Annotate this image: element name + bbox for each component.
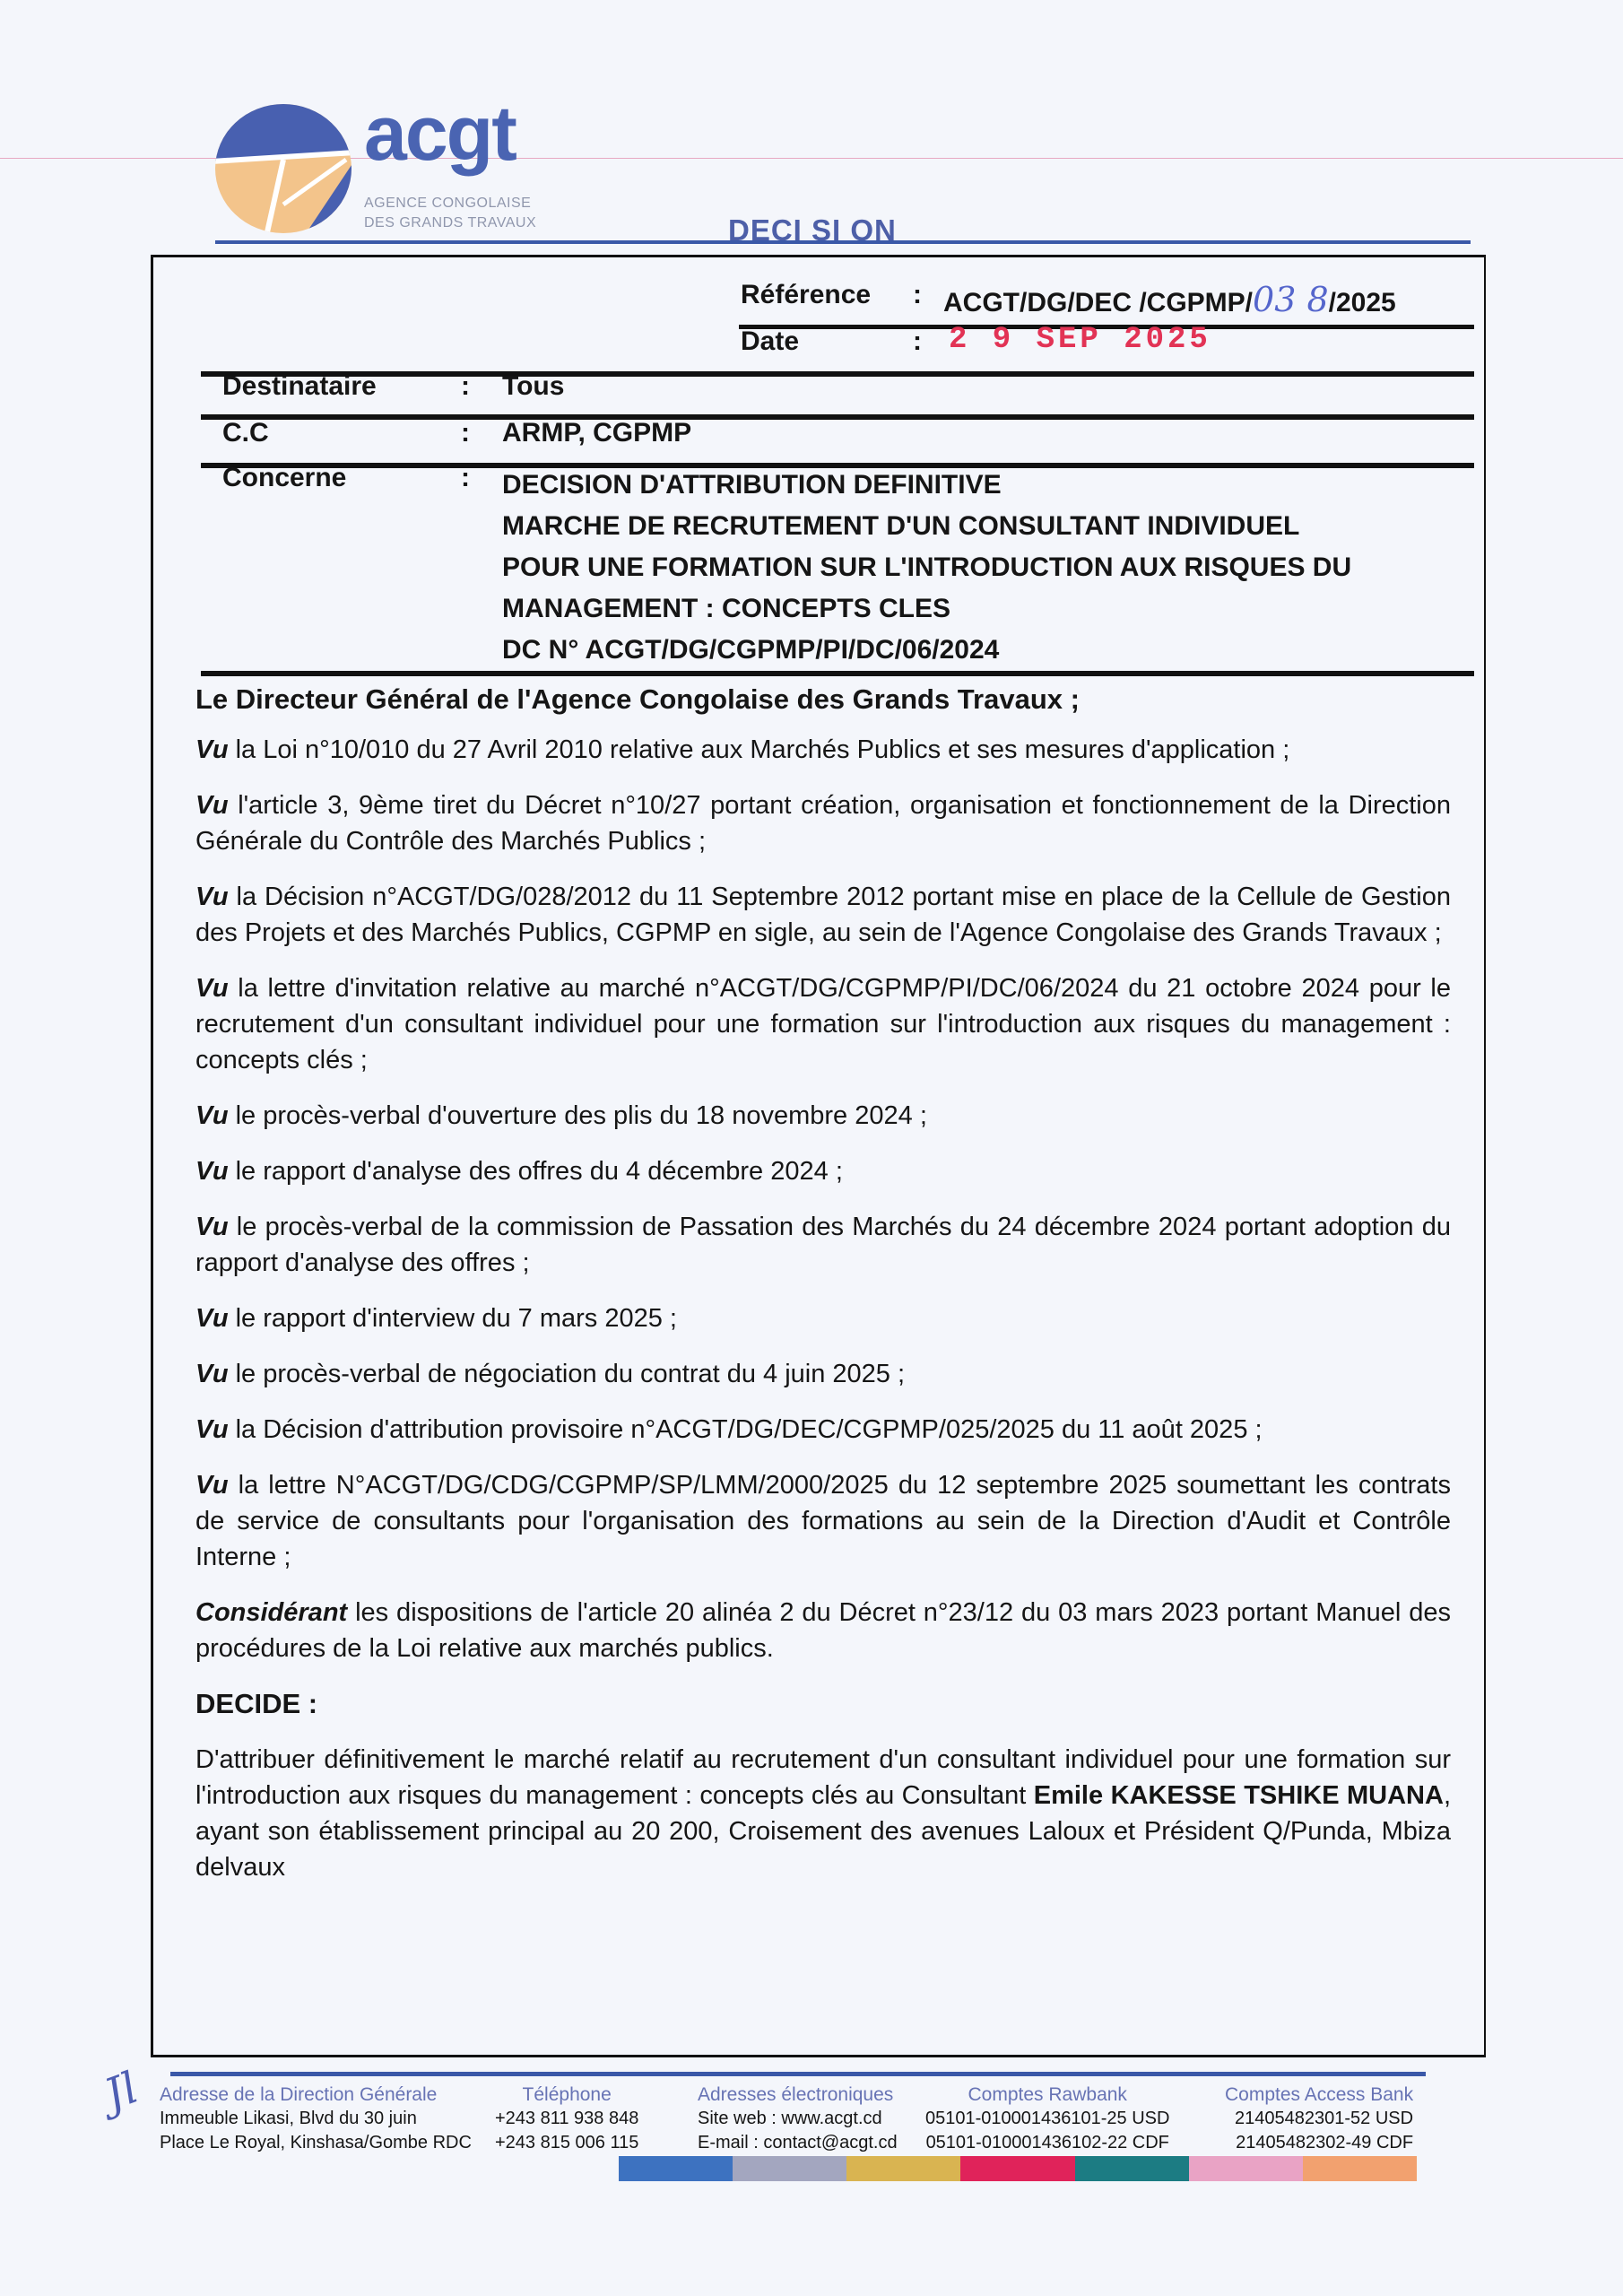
considerant-clause: Considérant les dispositions de l'articl… [195, 1595, 1451, 1666]
color-bar-segment [846, 2156, 960, 2181]
clause: Vu la Décision n°ACGT/DG/028/2012 du 11 … [195, 879, 1451, 951]
destinataire-rule [201, 414, 1474, 420]
body-heading: Le Directeur Général de l'Agence Congola… [195, 682, 1451, 717]
color-bar-segment [1303, 2156, 1417, 2181]
footer-rawbank: Comptes Rawbank 05101-010001436101-25 US… [925, 2083, 1169, 2155]
footer-email: Adresses électroniques Site web : www.ac… [698, 2083, 898, 2155]
color-bar-segment [960, 2156, 1074, 2181]
email-link[interactable]: E-mail : contact@acgt.cd [698, 2131, 898, 2155]
footer-phone: Téléphone +243 811 938 848 +243 815 006 … [495, 2083, 638, 2155]
concerne-value: DECISION D'ATTRIBUTION DEFINITIVE MARCHE… [502, 465, 1471, 671]
color-bar-segment [1075, 2156, 1189, 2181]
decision-text: D'attribuer définitivement le marché rel… [195, 1742, 1451, 1885]
clause: Vu la Loi n°10/010 du 27 Avril 2010 rela… [195, 732, 1451, 768]
clause: Vu la lettre d'invitation relative au ma… [195, 970, 1451, 1078]
clause: Vu la lettre N°ACGT/DG/CDG/CGPMP/SP/LMM/… [195, 1467, 1451, 1575]
cc-value: ARMP, CGPMP [502, 418, 691, 448]
handwritten-number: 03 8 [1253, 280, 1329, 319]
clause: Vu le procès-verbal de négociation du co… [195, 1356, 1451, 1392]
date-rule [201, 371, 1474, 377]
footer-access-bank: Comptes Access Bank 21405482301-52 USD 2… [1225, 2083, 1413, 2155]
decide-label: DECIDE : [195, 1686, 1451, 1722]
clause: Vu le rapport d'analyse des offres du 4 … [195, 1153, 1451, 1189]
footer-divider [170, 2072, 1426, 2076]
clause: Vu l'article 3, 9ème tiret du Décret n°1… [195, 787, 1451, 859]
clause: Vu le rapport d'interview du 7 mars 2025… [195, 1300, 1451, 1336]
reference-label: Référence [741, 280, 871, 310]
logo-wordmark: acgt [364, 90, 516, 178]
website-link[interactable]: Site web : www.acgt.cd [698, 2107, 898, 2131]
clause: Vu le procès-verbal de la commission de … [195, 1209, 1451, 1281]
reference-value: ACGT/DG/DEC /CGPMP/03 8/2025 [943, 280, 1396, 319]
destinataire-value: Tous [502, 371, 564, 402]
acgt-logo: acgt AGENCE CONGOLAISE DES GRANDS TRAVAU… [212, 97, 543, 231]
footer-address: Adresse de la Direction Générale Immeubl… [160, 2083, 472, 2155]
color-bar-segment [1189, 2156, 1303, 2181]
header-divider [215, 240, 1471, 244]
clause: Vu le procès-verbal d'ouverture des plis… [195, 1098, 1451, 1134]
date-stamp: 2 9 SEP 2025 [949, 323, 1211, 357]
color-bar-segment [733, 2156, 846, 2181]
decision-body: Le Directeur Général de l'Agence Congola… [195, 682, 1451, 1905]
clause: Vu la Décision d'attribution provisoire … [195, 1412, 1451, 1448]
signature-initials: Jl [98, 2063, 144, 2120]
brand-color-bar [619, 2156, 1417, 2181]
color-bar-segment [619, 2156, 733, 2181]
logo-subtitle: AGENCE CONGOLAISE DES GRANDS TRAVAUX [364, 194, 536, 233]
date-label: Date [741, 326, 799, 357]
logo-emblem-icon [212, 97, 355, 240]
consultant-name: Emile KAKESSE TSHIKE MUANA [1034, 1781, 1444, 1810]
concerne-rule [201, 671, 1474, 676]
